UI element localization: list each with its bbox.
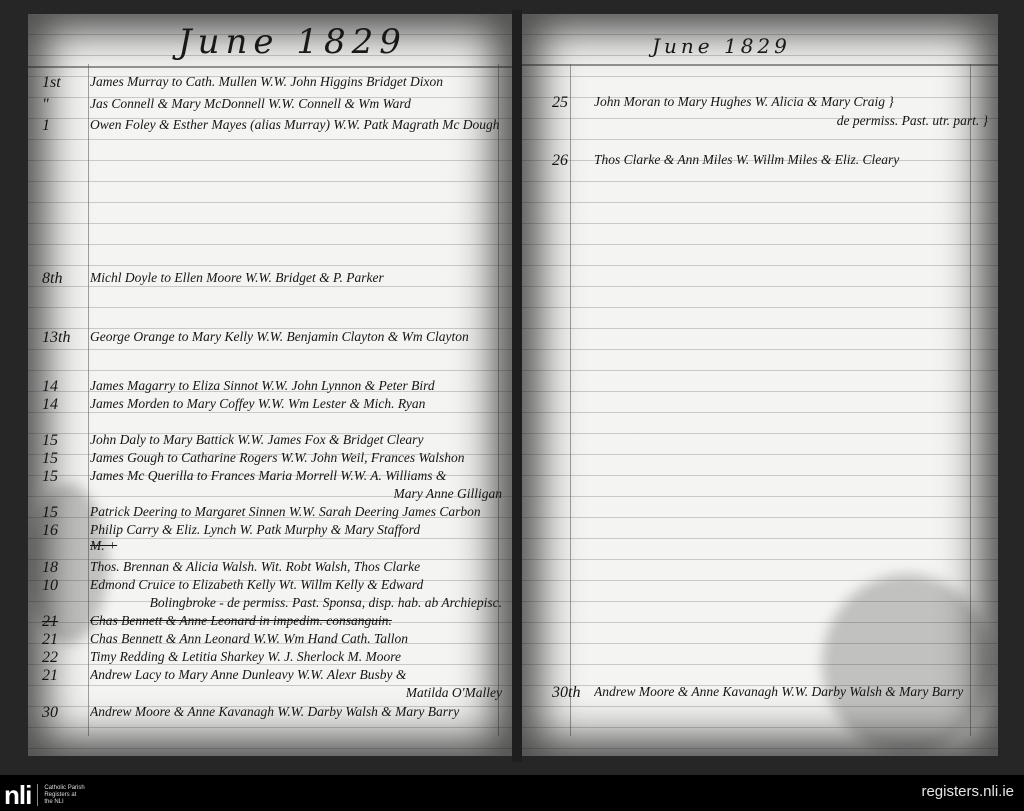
entry-text: James Magarry to Eliza Sinnot W.W. John …: [90, 378, 504, 394]
entry-text: Philip Carry & Eliz. Lynch W. Patk Murph…: [90, 522, 504, 538]
entry-text: Mary Anne Gilligan: [394, 486, 503, 502]
register-entry: 13thGeorge Orange to Mary Kelly W.W. Ben…: [28, 329, 512, 349]
register-entry: 21Andrew Lacy to Mary Anne Dunleavy W.W.…: [28, 667, 512, 687]
entry-text: Andrew Moore & Anne Kavanagh W.W. Darby …: [594, 684, 990, 700]
register-entry: 18Thos. Brennan & Alicia Walsh. Wit. Rob…: [28, 559, 512, 579]
entry-text: Andrew Lacy to Mary Anne Dunleavy W.W. A…: [90, 667, 504, 683]
register-entry: 10Edmond Cruice to Elizabeth Kelly Wt. W…: [28, 577, 512, 597]
entry-text: Jas Connell & Mary McDonnell W.W. Connel…: [90, 96, 504, 112]
nli-logo[interactable]: nli Catholic Parish Registers at the NLI: [4, 783, 88, 807]
nli-logo-mark: nli: [4, 783, 31, 807]
register-entry: Bolingbroke - de permiss. Past. Sponsa, …: [28, 595, 512, 615]
logo-caption-line: Catholic Parish: [44, 785, 84, 791]
header-rule: [28, 66, 512, 68]
entry-day: 10: [42, 577, 86, 595]
entry-day: 1st: [42, 74, 86, 92]
logo-divider: [37, 784, 38, 806]
entry-text: Chas Bennett & Anne Leonard in impedim. …: [90, 613, 504, 629]
entry-day: 15: [42, 504, 86, 522]
entry-text: Patrick Deering to Margaret Sinnen W.W. …: [90, 504, 504, 520]
register-entry: 30Andrew Moore & Anne Kavanagh W.W. Darb…: [28, 704, 512, 724]
register-entry: Mary Anne Gilligan: [28, 486, 512, 506]
entry-day: 13th: [42, 329, 86, 347]
footer-bar: nli Catholic Parish Registers at the NLI…: [0, 775, 1024, 811]
entry-day: 21: [42, 613, 86, 631]
register-entry: Matilda O'Malley: [28, 685, 512, 705]
entry-text: M. +: [90, 538, 504, 554]
register-entry: 22Timy Redding & Letitia Sharkey W. J. S…: [28, 649, 512, 669]
stain: [822, 574, 992, 754]
entry-text: James Morden to Mary Coffey W.W. Wm Lest…: [90, 396, 504, 412]
entry-text: Bolingbroke - de permiss. Past. Sponsa, …: [150, 595, 502, 611]
register-entry: 14James Magarry to Eliza Sinnot W.W. Joh…: [28, 378, 512, 398]
entry-day: 15: [42, 432, 86, 450]
site-link[interactable]: registers.nli.ie: [921, 783, 1014, 800]
register-image-viewer[interactable]: June 1829 1stJames Murray to Cath. Mulle…: [0, 0, 1024, 775]
right-register-page: June 1829 25John Moran to Mary Hughes W.…: [522, 14, 998, 756]
register-entry: 21Chas Bennett & Ann Leonard W.W. Wm Han…: [28, 631, 512, 651]
entry-day: 8th: [42, 270, 86, 288]
entry-day: 21: [42, 631, 86, 649]
register-entry: 25John Moran to Mary Hughes W. Alicia & …: [522, 94, 998, 114]
entry-day: ": [42, 96, 86, 114]
page-heading: June 1829: [178, 22, 407, 62]
entry-day: 30th: [552, 684, 596, 702]
entry-text: Owen Foley & Esther Mayes (alias Murray)…: [90, 117, 504, 133]
register-entry: 21Chas Bennett & Anne Leonard in impedim…: [28, 613, 512, 633]
register-entry: 15John Daly to Mary Battick W.W. James F…: [28, 432, 512, 452]
entry-text: Thos Clarke & Ann Miles W. Willm Miles &…: [594, 152, 990, 168]
register-entry: 15James Gough to Catharine Rogers W.W. J…: [28, 450, 512, 470]
entry-text: John Daly to Mary Battick W.W. James Fox…: [90, 432, 504, 448]
entry-day: 21: [42, 667, 86, 685]
register-entry: 14James Morden to Mary Coffey W.W. Wm Le…: [28, 396, 512, 416]
entry-text: James Murray to Cath. Mullen W.W. John H…: [90, 74, 504, 90]
entry-text: James Gough to Catharine Rogers W.W. Joh…: [90, 450, 504, 466]
entry-text: George Orange to Mary Kelly W.W. Benjami…: [90, 329, 504, 345]
register-entry: 1Owen Foley & Esther Mayes (alias Murray…: [28, 117, 512, 137]
register-entry: 30thAndrew Moore & Anne Kavanagh W.W. Da…: [522, 684, 998, 704]
entry-day: 1: [42, 117, 86, 135]
entry-text: John Moran to Mary Hughes W. Alicia & Ma…: [594, 94, 990, 110]
register-entry: M. +: [28, 538, 512, 558]
logo-caption-line: the NLI: [44, 799, 63, 805]
book-gutter: [512, 10, 522, 762]
entry-text: Thos. Brennan & Alicia Walsh. Wit. Robt …: [90, 559, 504, 575]
entry-text: Michl Doyle to Ellen Moore W.W. Bridget …: [90, 270, 504, 286]
entry-text: Chas Bennett & Ann Leonard W.W. Wm Hand …: [90, 631, 504, 647]
register-entry: "Jas Connell & Mary McDonnell W.W. Conne…: [28, 96, 512, 116]
entry-text: de permiss. Past. utr. part. }: [594, 113, 988, 129]
entry-day: 14: [42, 378, 86, 396]
page-heading: June 1829: [652, 34, 791, 58]
logo-caption: Catholic Parish Registers at the NLI: [44, 785, 88, 806]
entry-day: 26: [552, 152, 596, 170]
entry-text: Timy Redding & Letitia Sharkey W. J. She…: [90, 649, 504, 665]
logo-caption-line: Registers at: [44, 792, 76, 798]
left-register-page: June 1829 1stJames Murray to Cath. Mulle…: [28, 14, 512, 756]
entry-text: Edmond Cruice to Elizabeth Kelly Wt. Wil…: [90, 577, 504, 593]
entry-day: 25: [552, 94, 596, 112]
entry-day: 18: [42, 559, 86, 577]
register-entry: de permiss. Past. utr. part. }: [522, 113, 998, 133]
entry-day: 15: [42, 468, 86, 486]
entry-text: James Mc Querilla to Frances Maria Morre…: [90, 468, 504, 484]
entry-day: 22: [42, 649, 86, 667]
register-entry: 26Thos Clarke & Ann Miles W. Willm Miles…: [522, 152, 998, 172]
entry-text: Andrew Moore & Anne Kavanagh W.W. Darby …: [90, 704, 504, 720]
header-rule: [522, 64, 998, 66]
entry-text: Matilda O'Malley: [406, 685, 502, 701]
register-entry: 8thMichl Doyle to Ellen Moore W.W. Bridg…: [28, 270, 512, 290]
entry-day: 14: [42, 396, 86, 414]
register-entry: 15Patrick Deering to Margaret Sinnen W.W…: [28, 504, 512, 524]
register-entry: 15James Mc Querilla to Frances Maria Mor…: [28, 468, 512, 488]
entry-day: 15: [42, 450, 86, 468]
register-entry: 1stJames Murray to Cath. Mullen W.W. Joh…: [28, 74, 512, 94]
entry-day: 30: [42, 704, 86, 722]
